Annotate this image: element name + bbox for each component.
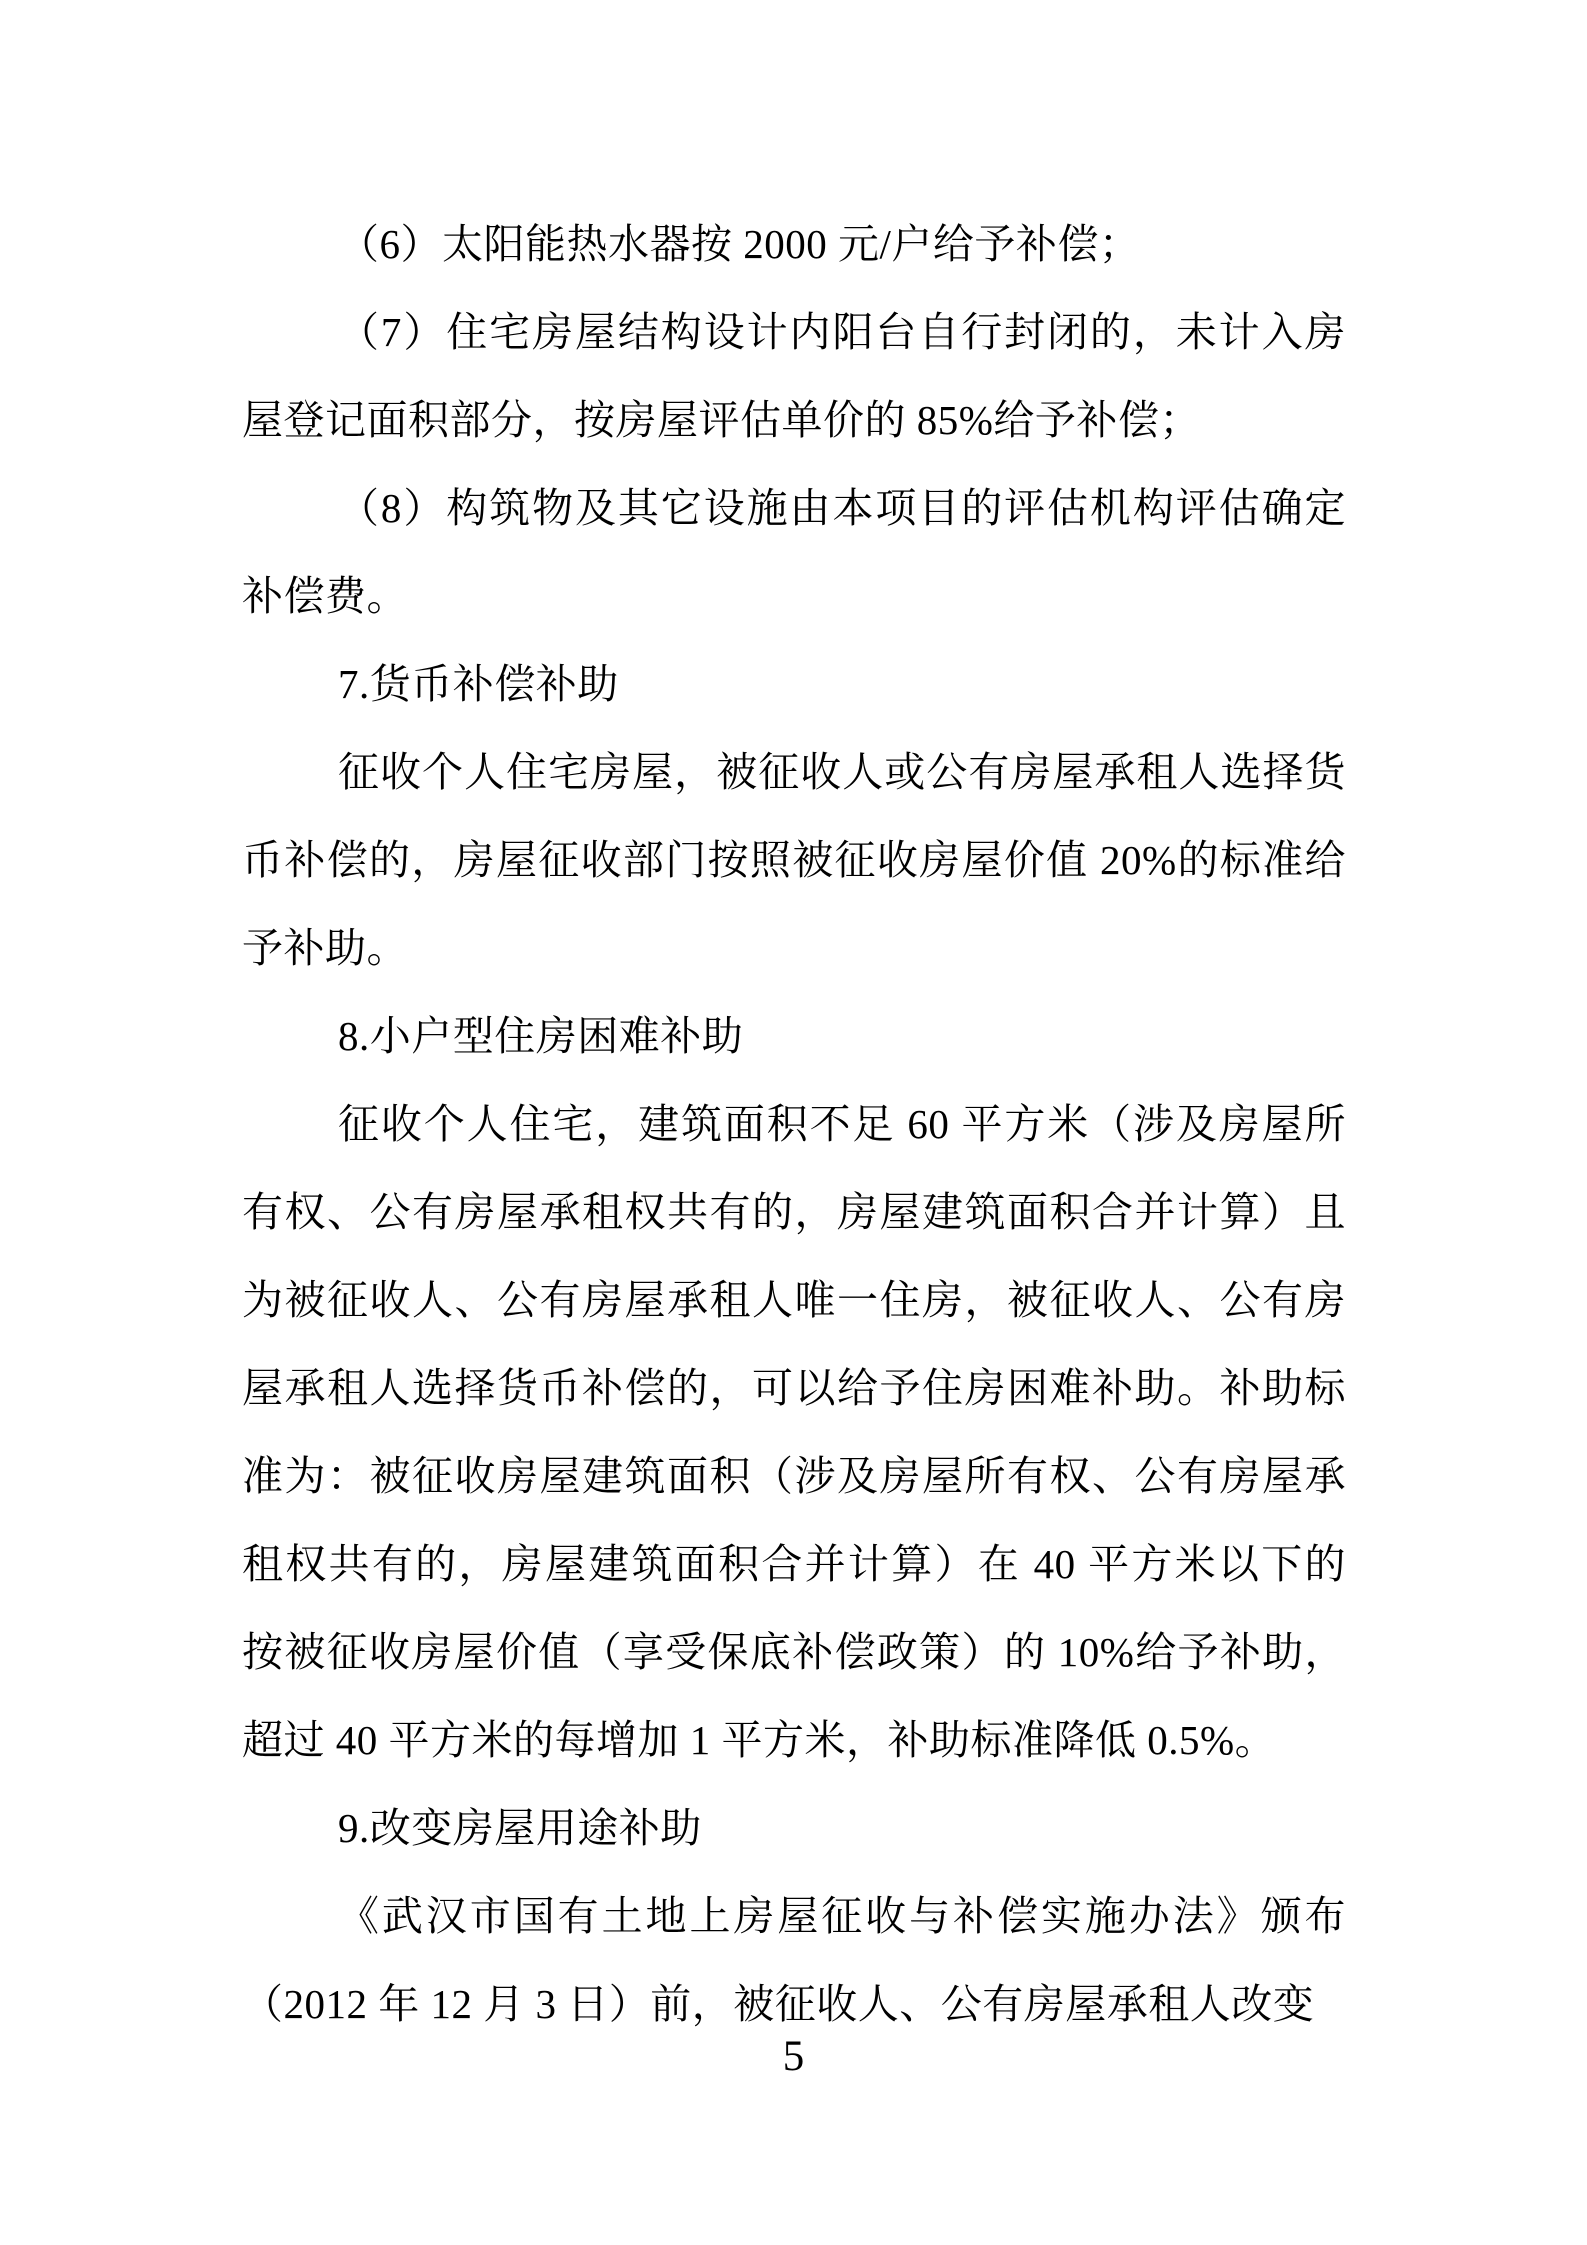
paragraph-line: 币补偿的，房屋征收部门按照被征收房屋价值 20%的标准给	[242, 816, 1346, 904]
document-page: （6）太阳能热水器按 2000 元/户给予补偿；（7）住宅房屋结构设计内阳台自行…	[0, 0, 1587, 2245]
list-item-line: 屋登记面积部分，按房屋评估单价的 85%给予补偿；	[242, 376, 1346, 464]
list-item-line: 补偿费。	[242, 552, 1346, 640]
list-item-line: （7）住宅房屋结构设计内阳台自行封闭的，未计入房	[242, 288, 1346, 376]
list-item-line: （6）太阳能热水器按 2000 元/户给予补偿；	[242, 200, 1346, 288]
paragraph-line: 有权、公有房屋承租权共有的，房屋建筑面积合并计算）且	[242, 1168, 1346, 1256]
section-heading: 7.货币补偿补助	[242, 640, 1346, 728]
document-body: （6）太阳能热水器按 2000 元/户给予补偿；（7）住宅房屋结构设计内阳台自行…	[242, 200, 1346, 2048]
paragraph-line: 予补助。	[242, 904, 1346, 992]
list-item-line: （8）构筑物及其它设施由本项目的评估机构评估确定	[242, 464, 1346, 552]
paragraph-line: 准为：被征收房屋建筑面积（涉及房屋所有权、公有房屋承	[242, 1432, 1346, 1520]
section-heading: 8.小户型住房困难补助	[242, 992, 1346, 1080]
paragraph-line: 租权共有的，房屋建筑面积合并计算）在 40 平方米以下的	[242, 1520, 1346, 1608]
paragraph-line: 征收个人住宅，建筑面积不足 60 平方米（涉及房屋所	[242, 1080, 1346, 1168]
paragraph-line: 超过 40 平方米的每增加 1 平方米，补助标准降低 0.5%。	[242, 1696, 1346, 1784]
section-heading: 9.改变房屋用途补助	[242, 1784, 1346, 1872]
paragraph-line: 屋承租人选择货币补偿的，可以给予住房困难补助。补助标	[242, 1344, 1346, 1432]
paragraph-line: 征收个人住宅房屋，被征收人或公有房屋承租人选择货	[242, 728, 1346, 816]
page-number: 5	[0, 2035, 1587, 2078]
paragraph-line: 《武汉市国有土地上房屋征收与补偿实施办法》颁布	[242, 1872, 1346, 1960]
paragraph-line: 为被征收人、公有房屋承租人唯一住房，被征收人、公有房	[242, 1256, 1346, 1344]
paragraph-line: 按被征收房屋价值（享受保底补偿政策）的 10%给予补助，	[242, 1608, 1346, 1696]
